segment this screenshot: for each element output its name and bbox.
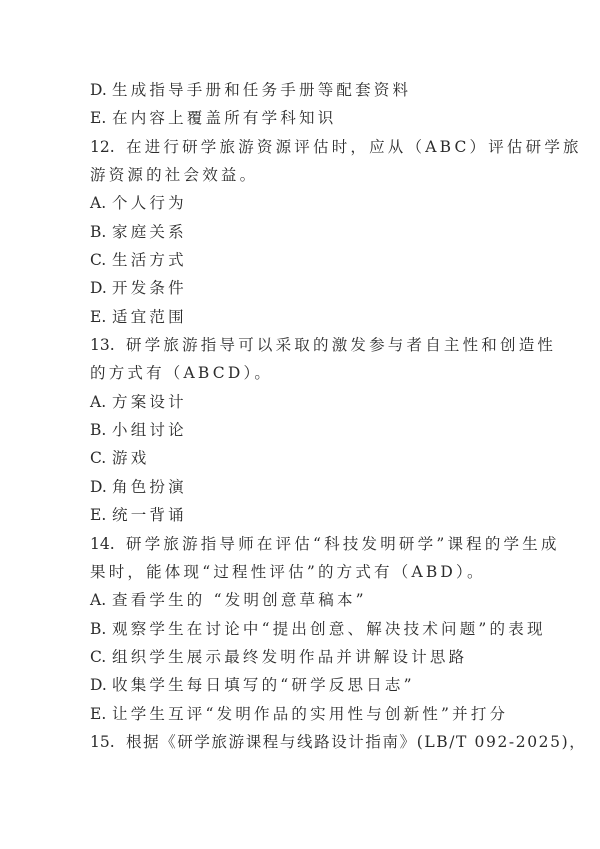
option-letter: D.	[90, 671, 112, 699]
option-text: 适宜范围	[112, 308, 187, 326]
question-text: 根据《研学旅游课程与线路设计指南》(LB/T 092-2025)，	[126, 733, 586, 751]
option-line: C.生活方式	[90, 246, 514, 274]
option-letter: A.	[90, 586, 112, 614]
option-letter: B.	[90, 218, 112, 246]
option-line: E.让学生互评“发明作品的实用性与创新性”并打分	[90, 700, 514, 728]
question-text: 研学旅游指导可以采取的激发参与者自主性和创造性	[126, 336, 556, 354]
option-text: 在内容上覆盖所有学科知识	[112, 109, 336, 127]
option-text: 查看学生的 “发明创意草稿本”	[112, 591, 367, 609]
question-line: 12.在进行研学旅游资源评估时，应从（ABC）评估研学旅	[90, 133, 514, 161]
question-line: 14.研学旅游指导师在评估“科技发明研学”课程的学生成	[90, 530, 514, 558]
question-number: 12.	[90, 133, 126, 161]
option-letter: D.	[90, 473, 112, 501]
option-line: B.小组讨论	[90, 416, 514, 444]
option-letter: D.	[90, 274, 112, 302]
option-line: A.个人行为	[90, 189, 514, 217]
option-letter: E.	[90, 104, 112, 132]
option-letter: C.	[90, 444, 112, 472]
question-text: 研学旅游指导师在评估“科技发明研学”课程的学生成	[126, 535, 560, 553]
option-text: 生成指导手册和任务手册等配套资料	[112, 81, 411, 99]
option-line: E.适宜范围	[90, 303, 514, 331]
option-letter: C.	[90, 246, 112, 274]
question-text: 的方式有（ABCD）。	[90, 364, 273, 382]
question-text: 果时，能体现“过程性评估”的方式有（ABD）。	[90, 563, 486, 581]
option-line: C.组织学生展示最终发明作品并讲解设计思路	[90, 643, 514, 671]
option-letter: A.	[90, 388, 112, 416]
option-text: 让学生互评“发明作品的实用性与创新性”并打分	[112, 705, 508, 723]
option-line: D.角色扮演	[90, 473, 514, 501]
option-line: D.收集学生每日填写的“研学反思日志”	[90, 671, 514, 699]
option-letter: A.	[90, 189, 112, 217]
question-continuation: 游资源的社会效益。	[90, 161, 514, 189]
option-letter: B.	[90, 416, 112, 444]
document-page: D.生成指导手册和任务手册等配套资料 E.在内容上覆盖所有学科知识 12.在进行…	[90, 76, 514, 756]
question-line: 15.根据《研学旅游课程与线路设计指南》(LB/T 092-2025)，	[90, 728, 514, 756]
option-letter: E.	[90, 700, 112, 728]
question-text: 在进行研学旅游资源评估时，应从（ABC）评估研学旅	[126, 138, 582, 156]
option-text: 方案设计	[112, 393, 187, 411]
question-number: 14.	[90, 530, 126, 558]
option-text: 组织学生展示最终发明作品并讲解设计思路	[112, 648, 467, 666]
option-line: E.在内容上覆盖所有学科知识	[90, 104, 514, 132]
option-text: 角色扮演	[112, 478, 187, 496]
question-continuation: 果时，能体现“过程性评估”的方式有（ABD）。	[90, 558, 514, 586]
option-line: E.统一背诵	[90, 501, 514, 529]
option-text: 家庭关系	[112, 223, 187, 241]
question-continuation: 的方式有（ABCD）。	[90, 359, 514, 387]
option-line: A.方案设计	[90, 388, 514, 416]
option-text: 开发条件	[112, 279, 187, 297]
question-text: 游资源的社会效益。	[90, 166, 258, 184]
question-line: 13.研学旅游指导可以采取的激发参与者自主性和创造性	[90, 331, 514, 359]
option-text: 个人行为	[112, 194, 187, 212]
option-text: 小组讨论	[112, 421, 187, 439]
question-number: 15.	[90, 728, 126, 756]
option-letter: E.	[90, 501, 112, 529]
option-line: B.家庭关系	[90, 218, 514, 246]
option-text: 统一背诵	[112, 506, 187, 524]
option-line: C.游戏	[90, 444, 514, 472]
option-letter: C.	[90, 643, 112, 671]
question-number: 13.	[90, 331, 126, 359]
option-line: A.查看学生的 “发明创意草稿本”	[90, 586, 514, 614]
option-letter: E.	[90, 303, 112, 331]
option-text: 游戏	[112, 449, 149, 467]
option-text: 收集学生每日填写的“研学反思日志”	[112, 676, 415, 694]
option-line: B.观察学生在讨论中“提出创意、解决技术问题”的表现	[90, 615, 514, 643]
option-text: 观察学生在讨论中“提出创意、解决技术问题”的表现	[112, 620, 546, 638]
option-line: D.生成指导手册和任务手册等配套资料	[90, 76, 514, 104]
option-letter: D.	[90, 76, 112, 104]
option-line: D.开发条件	[90, 274, 514, 302]
option-letter: B.	[90, 615, 112, 643]
option-text: 生活方式	[112, 251, 187, 269]
